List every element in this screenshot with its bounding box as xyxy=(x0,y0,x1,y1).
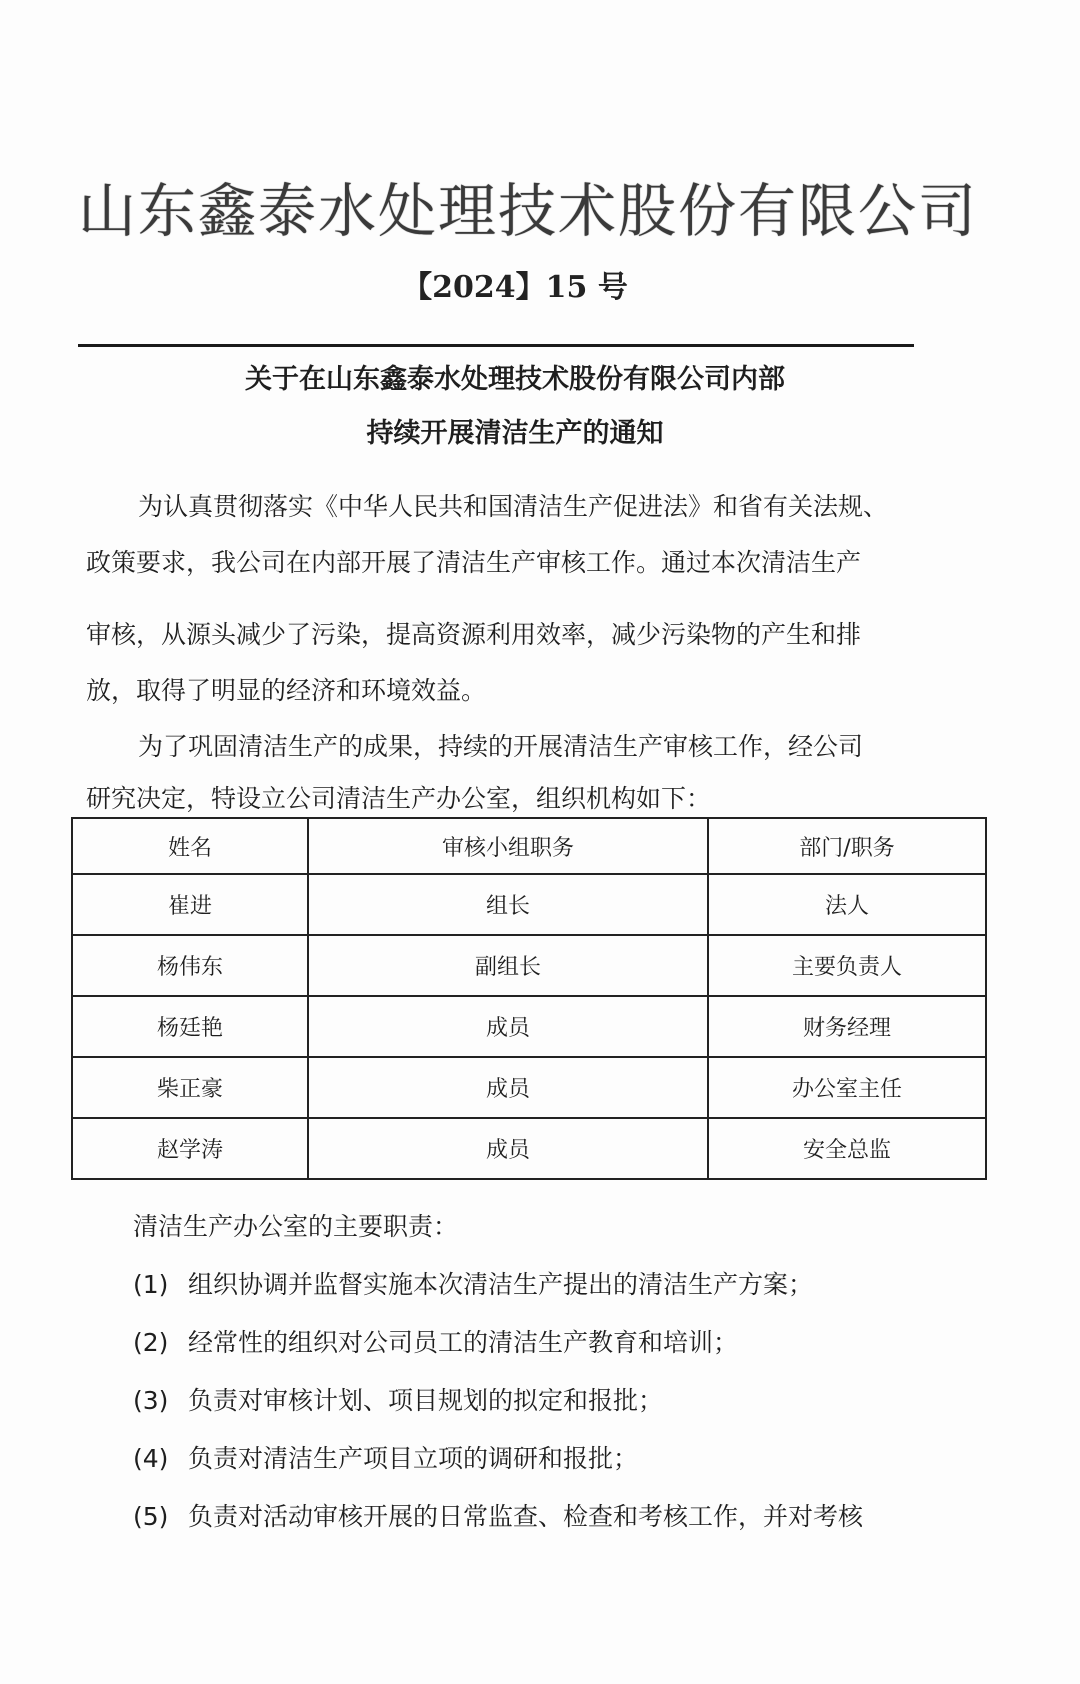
paragraph-1-line-3: 审核，从源头减少了污染，提高资源利用效率，减少污染物的产生和排 xyxy=(86,618,861,652)
cell-name: 崔进 xyxy=(72,874,308,935)
duty-text: 负责对活动审核开展的日常监查、检查和考核工作，并对考核 xyxy=(188,1502,863,1531)
cell-audit-role: 成员 xyxy=(308,996,708,1057)
duty-number: (5) xyxy=(133,1500,188,1534)
cell-name: 赵学涛 xyxy=(72,1118,308,1179)
cell-audit-role: 副组长 xyxy=(308,935,708,996)
paragraph-2-line-1: 为了巩固清洁生产的成果，持续的开展清洁生产审核工作，经公司 xyxy=(138,730,863,764)
cell-audit-role: 成员 xyxy=(308,1057,708,1118)
table-row: 杨伟东 副组长 主要负责人 xyxy=(72,935,986,996)
cell-name: 杨伟东 xyxy=(72,935,308,996)
duties-heading: 清洁生产办公室的主要职责： xyxy=(133,1210,458,1244)
duty-number: (1) xyxy=(133,1268,188,1302)
column-header-name: 姓名 xyxy=(72,818,308,874)
duty-text: 经常性的组织对公司员工的清洁生产教育和培训； xyxy=(188,1328,738,1357)
table-row: 赵学涛 成员 安全总监 xyxy=(72,1118,986,1179)
duty-text: 组织协调并监督实施本次清洁生产提出的清洁生产方案； xyxy=(188,1270,813,1299)
header-divider xyxy=(78,344,914,347)
cell-department: 办公室主任 xyxy=(708,1057,986,1118)
cell-name: 柴正豪 xyxy=(72,1057,308,1118)
notice-title-line-2: 持续开展清洁生产的通知 xyxy=(0,416,1030,452)
column-header-audit-role: 审核小组职务 xyxy=(308,818,708,874)
company-letterhead: 山东鑫泰水处理技术股份有限公司 xyxy=(78,176,958,246)
cell-department: 主要负责人 xyxy=(708,935,986,996)
organization-table: 姓名 审核小组职务 部门/职务 崔进 组长 法人 杨伟东 副组长 主要负责人 杨… xyxy=(71,817,987,1180)
table-row: 杨廷艳 成员 财务经理 xyxy=(72,996,986,1057)
duty-item: (2)经常性的组织对公司员工的清洁生产教育和培训； xyxy=(133,1326,738,1360)
document-page: 山东鑫泰水处理技术股份有限公司 【2024】15 号 关于在山东鑫泰水处理技术股… xyxy=(0,0,1080,1684)
cell-department: 安全总监 xyxy=(708,1118,986,1179)
duty-item: (5)负责对活动审核开展的日常监查、检查和考核工作，并对考核 xyxy=(133,1500,863,1534)
duty-text: 负责对清洁生产项目立项的调研和报批； xyxy=(188,1444,638,1473)
paragraph-1-line-4: 放，取得了明显的经济和环境效益。 xyxy=(86,674,486,708)
paragraph-1-line-1: 为认真贯彻落实《中华人民共和国清洁生产促进法》和省有关法规、 xyxy=(138,490,888,524)
duty-text: 负责对审核计划、项目规划的拟定和报批； xyxy=(188,1386,663,1415)
table-row: 崔进 组长 法人 xyxy=(72,874,986,935)
duty-number: (2) xyxy=(133,1326,188,1360)
notice-title-line-1: 关于在山东鑫泰水处理技术股份有限公司内部 xyxy=(0,362,1030,398)
duty-number: (3) xyxy=(133,1384,188,1418)
duty-item: (4)负责对清洁生产项目立项的调研和报批； xyxy=(133,1442,638,1476)
duty-item: (3)负责对审核计划、项目规划的拟定和报批； xyxy=(133,1384,663,1418)
document-number: 【2024】15 号 xyxy=(0,268,1080,308)
column-header-department: 部门/职务 xyxy=(708,818,986,874)
cell-department: 财务经理 xyxy=(708,996,986,1057)
cell-audit-role: 组长 xyxy=(308,874,708,935)
cell-name: 杨廷艳 xyxy=(72,996,308,1057)
cell-department: 法人 xyxy=(708,874,986,935)
cell-audit-role: 成员 xyxy=(308,1118,708,1179)
duty-item: (1)组织协调并监督实施本次清洁生产提出的清洁生产方案； xyxy=(133,1268,813,1302)
table-header-row: 姓名 审核小组职务 部门/职务 xyxy=(72,818,986,874)
table-row: 柴正豪 成员 办公室主任 xyxy=(72,1057,986,1118)
duty-number: (4) xyxy=(133,1442,188,1476)
paragraph-1-line-2: 政策要求，我公司在内部开展了清洁生产审核工作。通过本次清洁生产 xyxy=(86,546,861,580)
paragraph-2-line-2: 研究决定，特设立公司清洁生产办公室，组织机构如下： xyxy=(86,782,711,816)
